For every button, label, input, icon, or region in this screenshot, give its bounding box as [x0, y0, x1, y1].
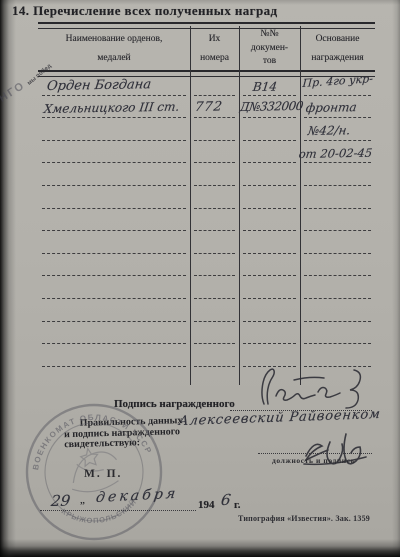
date-quote-mark: „	[80, 494, 85, 506]
table-row	[38, 255, 375, 278]
table-row	[38, 232, 375, 255]
scanned-award-form: 14. Перечисление всех полученных наград …	[0, 0, 400, 557]
svg-text:ВОЕНКОМАТ ОБЛАСТИ УССР: ВОЕНКОМАТ ОБЛАСТИ УССР	[24, 405, 154, 472]
date-year-handwritten: 6	[220, 491, 232, 509]
date-year-printed: 194	[198, 499, 215, 511]
position-signature-line	[258, 444, 372, 454]
table-row	[38, 277, 375, 300]
seal-arc-top-text: ВОЕНКОМАТ ОБЛАСТИ УССР	[24, 405, 154, 472]
entry-basis-line3: №42/н.	[307, 123, 351, 138]
header-award-name: Наименование орденов, медалей	[38, 26, 190, 70]
certifier-handwritten: Алексеевский Райвоенком	[178, 407, 381, 429]
table-row	[38, 187, 375, 210]
section-title: 14. Перечисление всех полученных наград	[12, 3, 277, 19]
margin-stamp-fragment: НГО	[0, 79, 28, 104]
table-row	[38, 300, 375, 323]
table-row	[38, 210, 375, 233]
table-rows	[38, 74, 375, 368]
date-day-handwritten: 29	[50, 492, 71, 510]
seal-place-label: М. П.	[84, 468, 122, 480]
table-header: Наименование орденов, медалей Их номера …	[38, 26, 375, 70]
date-year-suffix: г.	[234, 499, 241, 511]
entry-basis-line4: от 20-02-45	[298, 146, 373, 161]
printer-imprint: Типография «Известия». Зак. 1359	[238, 514, 370, 523]
header-numbers: Их номера	[190, 26, 239, 70]
entry-order-number: 772	[194, 100, 224, 115]
table-row	[38, 164, 375, 187]
entry-doc-line2: Д№332000	[239, 99, 304, 114]
position-caption: должность и подпись	[272, 456, 355, 465]
entry-basis-line2: фронта	[305, 100, 358, 115]
table-row	[38, 323, 375, 346]
entry-doc-line1: В14	[252, 80, 278, 94]
header-basis: Основание награждения	[300, 26, 375, 70]
entry-award-line2: Хмельницкого III ст.	[43, 100, 180, 116]
header-documents: №№ докумен- тов	[239, 26, 300, 70]
entry-award-line1: Орден Богдана	[46, 77, 152, 94]
awardee-signature-scrawl	[250, 364, 375, 410]
